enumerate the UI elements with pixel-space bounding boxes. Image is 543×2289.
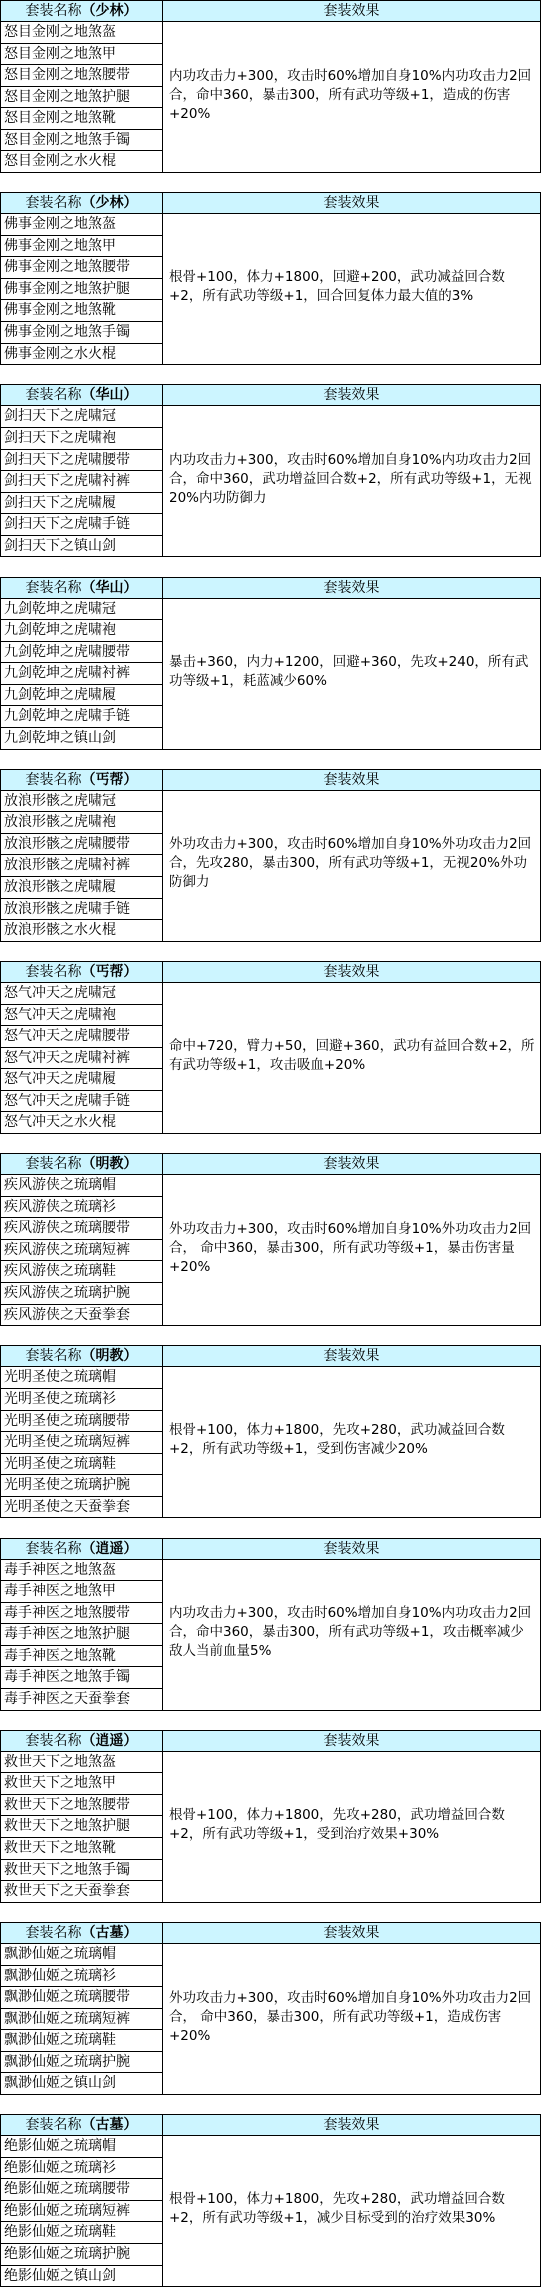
set-effect-cell: 命中+720，臂力+50，回避+360，武功有益回合数+2，所有武功等级+1，攻… <box>163 983 540 1133</box>
set-table: 套装名称（明教） 套装效果 疾风游侠之琉璃帽疾风游侠之琉璃衫疾风游侠之琉璃腰带疾… <box>0 1153 541 1326</box>
header-set-name: 套装名称（逍遥） <box>1 1731 163 1751</box>
list-item: 佛事金刚之地煞盔 <box>1 214 162 236</box>
school-label: （少林） <box>82 195 138 211</box>
list-item: 救世天下之地煞腰带 <box>1 1795 162 1817</box>
set-table: 套装名称（古墓） 套装效果 绝影仙姬之琉璃帽绝影仙姬之琉璃衫绝影仙姬之琉璃腰带绝… <box>0 2114 541 2287</box>
header-set-name: 套装名称（明教） <box>1 1154 163 1174</box>
set-effect-text: 根骨+100，体力+1800，先攻+280，武功增益回合数+2，所有武功等级+1… <box>169 1806 536 1844</box>
list-item: 九剑乾坤之虎啸袍 <box>1 620 162 642</box>
set-item-list: 怒目金刚之地煞盔怒目金刚之地煞甲怒目金刚之地煞腰带怒目金刚之地煞护腿怒目金刚之地… <box>1 22 163 172</box>
list-item: 剑扫天下之虎啸袍 <box>1 428 162 450</box>
header-set-effect: 套装效果 <box>163 770 540 790</box>
header-set-effect: 套装效果 <box>163 385 540 405</box>
table-header-row: 套装名称（丐帮） 套装效果 <box>1 770 540 791</box>
list-item: 九剑乾坤之虎啸履 <box>1 685 162 707</box>
list-item: 绝影仙姬之琉璃护腕 <box>1 2244 162 2266</box>
header-set-effect: 套装效果 <box>163 962 540 982</box>
list-item: 疾风游侠之琉璃护腕 <box>1 1283 162 1305</box>
list-item: 佛事金刚之地煞护腿 <box>1 279 162 301</box>
header-name-label: 套装名称 <box>26 387 82 403</box>
set-table: 套装名称（逍遥） 套装效果 救世天下之地煞盔救世天下之地煞甲救世天下之地煞腰带救… <box>0 1730 541 1903</box>
list-item: 怒气冲天之虎啸腰带 <box>1 1026 162 1048</box>
set-item-list: 光明圣使之琉璃帽光明圣使之琉璃衫光明圣使之琉璃腰带光明圣使之琉璃短裤光明圣使之琉… <box>1 1367 163 1517</box>
school-label: （华山） <box>82 387 138 403</box>
list-item: 绝影仙姬之琉璃帽 <box>1 2136 162 2158</box>
header-set-effect: 套装效果 <box>163 1539 540 1559</box>
list-item: 飘渺仙姬之琉璃衫 <box>1 1966 162 1988</box>
list-item: 救世天下之地煞护腿 <box>1 1816 162 1838</box>
list-item: 佛事金刚之地煞靴 <box>1 300 162 322</box>
list-item: 九剑乾坤之虎啸衬裤 <box>1 663 162 685</box>
table-header-row: 套装名称（明教） 套装效果 <box>1 1154 540 1175</box>
school-label: （逍遥） <box>82 1541 138 1557</box>
set-effect-text: 根骨+100，体力+1800，先攻+280，武功增益回合数+2，所有武功等级+1… <box>169 2190 536 2228</box>
list-item: 怒目金刚之水火棍 <box>1 151 162 173</box>
list-item: 佛事金刚之地煞手镯 <box>1 322 162 344</box>
list-item: 救世天下之地煞靴 <box>1 1838 162 1860</box>
school-label: （逍遥） <box>82 1733 138 1749</box>
table-header-row: 套装名称（明教） 套装效果 <box>1 1346 540 1367</box>
set-table: 套装名称（少林） 套装效果 怒目金刚之地煞盔怒目金刚之地煞甲怒目金刚之地煞腰带怒… <box>0 0 541 173</box>
table-header-row: 套装名称（华山） 套装效果 <box>1 385 540 406</box>
list-item: 毒手神医之地煞手镯 <box>1 1667 162 1689</box>
set-effect-text: 命中+720，臂力+50，回避+360，武功有益回合数+2，所有武功等级+1，攻… <box>169 1037 536 1075</box>
header-name-label: 套装名称 <box>26 1733 82 1749</box>
header-set-name: 套装名称（古墓） <box>1 1923 163 1943</box>
header-name-label: 套装名称 <box>26 3 82 19</box>
header-set-effect: 套装效果 <box>163 193 540 213</box>
set-effect-text: 根骨+100，体力+1800，先攻+280，武功减益回合数+2，所有武功等级+1… <box>169 1421 536 1459</box>
table-header-row: 套装名称（古墓） 套装效果 <box>1 2115 540 2136</box>
list-item: 绝影仙姬之镇山剑 <box>1 2266 162 2288</box>
list-item: 绝影仙姬之琉璃短裤 <box>1 2201 162 2223</box>
list-item: 毒手神医之地煞靴 <box>1 1646 162 1668</box>
header-set-name: 套装名称（丐帮） <box>1 962 163 982</box>
header-set-name: 套装名称（华山） <box>1 578 163 598</box>
set-item-list: 疾风游侠之琉璃帽疾风游侠之琉璃衫疾风游侠之琉璃腰带疾风游侠之琉璃短裤疾风游侠之琉… <box>1 1175 163 1325</box>
set-table: 套装名称（丐帮） 套装效果 怒气冲天之虎啸冠怒气冲天之虎啸袍怒气冲天之虎啸腰带怒… <box>0 961 541 1134</box>
header-name-label: 套装名称 <box>26 964 82 980</box>
list-item: 剑扫天下之镇山剑 <box>1 536 162 558</box>
school-label: （少林） <box>82 3 138 19</box>
set-item-list: 九剑乾坤之虎啸冠九剑乾坤之虎啸袍九剑乾坤之虎啸腰带九剑乾坤之虎啸衬裤九剑乾坤之虎… <box>1 599 163 749</box>
set-effect-text: 内功攻击力+300，攻击时60%增加自身10%内功攻击力2回合，命中360，暴击… <box>169 1604 536 1661</box>
list-item: 九剑乾坤之虎啸手链 <box>1 706 162 728</box>
list-item: 绝影仙姬之琉璃腰带 <box>1 2179 162 2201</box>
list-item: 怒气冲天之虎啸手链 <box>1 1091 162 1113</box>
table-header-row: 套装名称（古墓） 套装效果 <box>1 1923 540 1944</box>
school-label: （古墓） <box>82 2117 138 2133</box>
school-label: （丐帮） <box>82 772 138 788</box>
set-item-list: 放浪形骸之虎啸冠放浪形骸之虎啸袍放浪形骸之虎啸腰带放浪形骸之虎啸衬裤放浪形骸之虎… <box>1 791 163 941</box>
header-set-effect: 套装效果 <box>163 1 540 21</box>
list-item: 飘渺仙姬之琉璃帽 <box>1 1944 162 1966</box>
list-item: 救世天下之地煞甲 <box>1 1773 162 1795</box>
header-name-label: 套装名称 <box>26 1156 82 1172</box>
header-name-label: 套装名称 <box>26 772 82 788</box>
set-effect-cell: 内功攻击力+300，攻击时60%增加自身10%内功攻击力2回合，命中360，暴击… <box>163 1560 540 1710</box>
school-label: （古墓） <box>82 1925 138 1941</box>
set-effect-cell: 外功攻击力+300，攻击时60%增加自身10%外功攻击力2回合， 命中360，暴… <box>163 1175 540 1325</box>
header-set-name: 套装名称（少林） <box>1 1 163 21</box>
list-item: 光明圣使之琉璃鞋 <box>1 1454 162 1476</box>
list-item: 怒目金刚之地煞腰带 <box>1 65 162 87</box>
set-effect-cell: 外功攻击力+300，攻击时60%增加自身10%外功攻击力2回合，先攻280，暴击… <box>163 791 540 941</box>
set-effect-cell: 暴击+360，内力+1200，回避+360，先攻+240，所有武功等级+1，耗蓝… <box>163 599 540 749</box>
list-item: 佛事金刚之地煞甲 <box>1 236 162 258</box>
list-item: 救世天下之地煞盔 <box>1 1752 162 1774</box>
list-item: 救世天下之天蚕拳套 <box>1 1881 162 1903</box>
list-item: 剑扫天下之虎啸腰带 <box>1 450 162 472</box>
set-effect-cell: 内功攻击力+300，攻击时60%增加自身10%内功攻击力2回合，命中360，武功… <box>163 406 540 556</box>
set-effect-cell: 外功攻击力+300，攻击时60%增加自身10%外功攻击力2回合， 命中360，暴… <box>163 1944 540 2094</box>
list-item: 光明圣使之琉璃护腕 <box>1 1475 162 1497</box>
list-item: 剑扫天下之虎啸履 <box>1 493 162 515</box>
set-table: 套装名称（华山） 套装效果 剑扫天下之虎啸冠剑扫天下之虎啸袍剑扫天下之虎啸腰带剑… <box>0 384 541 557</box>
list-item: 飘渺仙姬之琉璃鞋 <box>1 2030 162 2052</box>
list-item: 飘渺仙姬之琉璃短裤 <box>1 2009 162 2031</box>
set-table: 套装名称（古墓） 套装效果 飘渺仙姬之琉璃帽飘渺仙姬之琉璃衫飘渺仙姬之琉璃腰带飘… <box>0 1922 541 2095</box>
list-item: 飘渺仙姬之琉璃护腕 <box>1 2052 162 2074</box>
set-effect-text: 根骨+100，体力+1800，回避+200，武功减益回合数+2，所有武功等级+1… <box>169 268 536 306</box>
set-item-list: 救世天下之地煞盔救世天下之地煞甲救世天下之地煞腰带救世天下之地煞护腿救世天下之地… <box>1 1752 163 1902</box>
header-set-effect: 套装效果 <box>163 1154 540 1174</box>
header-set-name: 套装名称（逍遥） <box>1 1539 163 1559</box>
header-set-name: 套装名称（古墓） <box>1 2115 163 2135</box>
list-item: 怒目金刚之地煞甲 <box>1 44 162 66</box>
header-set-effect: 套装效果 <box>163 1346 540 1366</box>
table-header-row: 套装名称（华山） 套装效果 <box>1 578 540 599</box>
list-item: 怒目金刚之地煞护腿 <box>1 87 162 109</box>
list-item: 怒目金刚之地煞靴 <box>1 108 162 130</box>
list-item: 九剑乾坤之虎啸冠 <box>1 599 162 621</box>
school-label: （明教） <box>82 1348 138 1364</box>
list-item: 怒目金刚之地煞手镯 <box>1 130 162 152</box>
list-item: 疾风游侠之琉璃鞋 <box>1 1261 162 1283</box>
list-item: 怒气冲天之虎啸冠 <box>1 983 162 1005</box>
list-item: 怒目金刚之地煞盔 <box>1 22 162 44</box>
list-item: 毒手神医之地煞护腿 <box>1 1624 162 1646</box>
header-set-name: 套装名称（少林） <box>1 193 163 213</box>
header-set-effect: 套装效果 <box>163 1923 540 1943</box>
list-item: 佛事金刚之地煞腰带 <box>1 257 162 279</box>
list-item: 放浪形骸之虎啸腰带 <box>1 834 162 856</box>
set-effect-cell: 内功攻击力+300，攻击时60%增加自身10%内功攻击力2回合，命中360，暴击… <box>163 22 540 172</box>
header-name-label: 套装名称 <box>26 2117 82 2133</box>
set-table: 套装名称（明教） 套装效果 光明圣使之琉璃帽光明圣使之琉璃衫光明圣使之琉璃腰带光… <box>0 1345 541 1518</box>
list-item: 飘渺仙姬之镇山剑 <box>1 2073 162 2095</box>
list-item: 毒手神医之地煞甲 <box>1 1581 162 1603</box>
list-item: 光明圣使之琉璃帽 <box>1 1367 162 1389</box>
table-header-row: 套装名称（少林） 套装效果 <box>1 193 540 214</box>
set-effect-text: 外功攻击力+300，攻击时60%增加自身10%外功攻击力2回合， 命中360，暴… <box>169 1989 536 2046</box>
list-item: 剑扫天下之虎啸冠 <box>1 406 162 428</box>
set-effect-text: 暴击+360，内力+1200，回避+360，先攻+240，所有武功等级+1，耗蓝… <box>169 653 536 691</box>
list-item: 光明圣使之琉璃短裤 <box>1 1432 162 1454</box>
list-item: 毒手神医之天蚕拳套 <box>1 1689 162 1711</box>
list-item: 光明圣使之天蚕拳套 <box>1 1497 162 1519</box>
list-item: 九剑乾坤之虎啸腰带 <box>1 642 162 664</box>
set-effect-cell: 根骨+100，体力+1800，先攻+280，武功增益回合数+2，所有武功等级+1… <box>163 2136 540 2286</box>
set-item-list: 飘渺仙姬之琉璃帽飘渺仙姬之琉璃衫飘渺仙姬之琉璃腰带飘渺仙姬之琉璃短裤飘渺仙姬之琉… <box>1 1944 163 2094</box>
header-name-label: 套装名称 <box>26 580 82 596</box>
header-set-name: 套装名称（明教） <box>1 1346 163 1366</box>
header-set-effect: 套装效果 <box>163 578 540 598</box>
set-effect-text: 内功攻击力+300，攻击时60%增加自身10%内功攻击力2回合，命中360，暴击… <box>169 67 536 124</box>
set-item-list: 绝影仙姬之琉璃帽绝影仙姬之琉璃衫绝影仙姬之琉璃腰带绝影仙姬之琉璃短裤绝影仙姬之琉… <box>1 2136 163 2286</box>
list-item: 疾风游侠之琉璃腰带 <box>1 1218 162 1240</box>
set-table: 套装名称（丐帮） 套装效果 放浪形骸之虎啸冠放浪形骸之虎啸袍放浪形骸之虎啸腰带放… <box>0 769 541 942</box>
school-label: （华山） <box>82 580 138 596</box>
set-effect-cell: 根骨+100，体力+1800，先攻+280，武功增益回合数+2，所有武功等级+1… <box>163 1752 540 1902</box>
set-table: 套装名称（逍遥） 套装效果 毒手神医之地煞盔毒手神医之地煞甲毒手神医之地煞腰带毒… <box>0 1538 541 1711</box>
list-item: 毒手神医之地煞腰带 <box>1 1603 162 1625</box>
header-set-effect: 套装效果 <box>163 2115 540 2135</box>
set-effect-cell: 根骨+100，体力+1800，回避+200，武功减益回合数+2，所有武功等级+1… <box>163 214 540 364</box>
list-item: 剑扫天下之虎啸衬裤 <box>1 471 162 493</box>
table-header-row: 套装名称（丐帮） 套装效果 <box>1 962 540 983</box>
list-item: 光明圣使之琉璃衫 <box>1 1389 162 1411</box>
list-item: 飘渺仙姬之琉璃腰带 <box>1 1987 162 2009</box>
list-item: 放浪形骸之虎啸袍 <box>1 812 162 834</box>
header-set-name: 套装名称（华山） <box>1 385 163 405</box>
school-label: （丐帮） <box>82 964 138 980</box>
list-item: 剑扫天下之虎啸手链 <box>1 514 162 536</box>
table-header-row: 套装名称（逍遥） 套装效果 <box>1 1539 540 1560</box>
list-item: 放浪形骸之虎啸手链 <box>1 899 162 921</box>
header-set-name: 套装名称（丐帮） <box>1 770 163 790</box>
table-header-row: 套装名称（逍遥） 套装效果 <box>1 1731 540 1752</box>
list-item: 绝影仙姬之琉璃衫 <box>1 2158 162 2180</box>
list-item: 绝影仙姬之琉璃鞋 <box>1 2222 162 2244</box>
list-item: 放浪形骸之水火棍 <box>1 920 162 942</box>
set-effect-text: 外功攻击力+300，攻击时60%增加自身10%外功攻击力2回合， 命中360，暴… <box>169 1220 536 1277</box>
set-item-list: 佛事金刚之地煞盔佛事金刚之地煞甲佛事金刚之地煞腰带佛事金刚之地煞护腿佛事金刚之地… <box>1 214 163 364</box>
table-header-row: 套装名称（少林） 套装效果 <box>1 1 540 22</box>
list-item: 放浪形骸之虎啸履 <box>1 877 162 899</box>
list-item: 放浪形骸之虎啸冠 <box>1 791 162 813</box>
list-item: 救世天下之地煞手镯 <box>1 1860 162 1882</box>
set-effect-text: 外功攻击力+300，攻击时60%增加自身10%外功攻击力2回合，先攻280，暴击… <box>169 835 536 892</box>
set-item-list: 怒气冲天之虎啸冠怒气冲天之虎啸袍怒气冲天之虎啸腰带怒气冲天之虎啸衬裤怒气冲天之虎… <box>1 983 163 1133</box>
list-item: 怒气冲天之虎啸衬裤 <box>1 1048 162 1070</box>
list-item: 放浪形骸之虎啸衬裤 <box>1 855 162 877</box>
header-name-label: 套装名称 <box>26 1541 82 1557</box>
list-item: 怒气冲天之虎啸袍 <box>1 1005 162 1027</box>
header-name-label: 套装名称 <box>26 1925 82 1941</box>
header-set-effect: 套装效果 <box>163 1731 540 1751</box>
set-effect-text: 内功攻击力+300，攻击时60%增加自身10%内功攻击力2回合，命中360，武功… <box>169 451 536 508</box>
list-item: 毒手神医之地煞盔 <box>1 1560 162 1582</box>
list-item: 怒气冲天之虎啸履 <box>1 1069 162 1091</box>
set-effect-cell: 根骨+100，体力+1800，先攻+280，武功减益回合数+2，所有武功等级+1… <box>163 1367 540 1517</box>
list-item: 光明圣使之琉璃腰带 <box>1 1411 162 1433</box>
header-name-label: 套装名称 <box>26 1348 82 1364</box>
school-label: （明教） <box>82 1156 138 1172</box>
set-table: 套装名称（华山） 套装效果 九剑乾坤之虎啸冠九剑乾坤之虎啸袍九剑乾坤之虎啸腰带九… <box>0 577 541 750</box>
set-item-list: 毒手神医之地煞盔毒手神医之地煞甲毒手神医之地煞腰带毒手神医之地煞护腿毒手神医之地… <box>1 1560 163 1710</box>
list-item: 疾风游侠之天蚕拳套 <box>1 1305 162 1327</box>
list-item: 疾风游侠之琉璃帽 <box>1 1175 162 1197</box>
set-table: 套装名称（少林） 套装效果 佛事金刚之地煞盔佛事金刚之地煞甲佛事金刚之地煞腰带佛… <box>0 192 541 365</box>
list-item: 九剑乾坤之镇山剑 <box>1 728 162 750</box>
list-item: 佛事金刚之水火棍 <box>1 344 162 366</box>
list-item: 疾风游侠之琉璃衫 <box>1 1197 162 1219</box>
header-name-label: 套装名称 <box>26 195 82 211</box>
list-item: 怒气冲天之水火棍 <box>1 1112 162 1134</box>
set-item-list: 剑扫天下之虎啸冠剑扫天下之虎啸袍剑扫天下之虎啸腰带剑扫天下之虎啸衬裤剑扫天下之虎… <box>1 406 163 556</box>
list-item: 疾风游侠之琉璃短裤 <box>1 1240 162 1262</box>
